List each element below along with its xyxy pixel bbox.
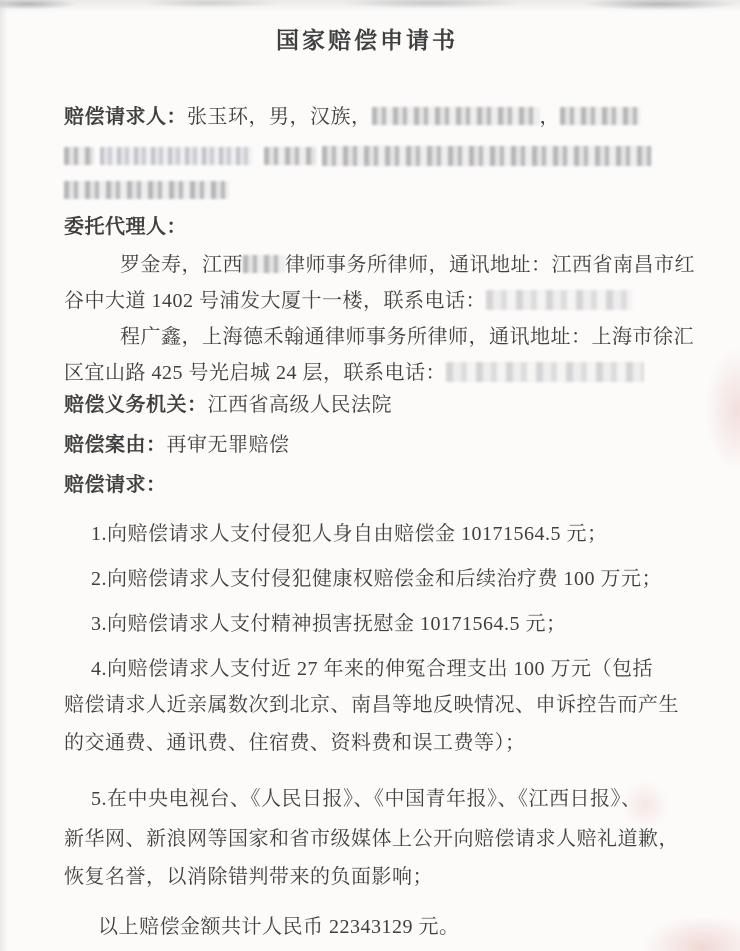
agent2-line-1: 程广鑫，上海德禾翰通律师事务所律师，通讯地址：上海市徐汇 (64, 319, 670, 355)
redacted-address-label (264, 147, 316, 165)
redacted-id-prefix (64, 147, 94, 165)
request-item-4-text-2: 赔偿请求人近亲属数次到北京、南昌等地反映情况、申诉控告而产生 (64, 694, 679, 716)
claimant-comma: ， (540, 106, 561, 128)
request-item-4-text-3: 的交通费、通讯费、住宿费、资料费和误工费等）； (64, 732, 526, 754)
agents-heading-label: 委托代理人： (64, 216, 187, 238)
organ-line: 赔偿义务机关：江西省高级人民法院 (64, 387, 670, 423)
redacted-agent2-phone (446, 362, 644, 382)
request-item-1: 1.向赔偿请求人支付侵犯人身自由赔偿金 10171564.5 元； (64, 516, 670, 552)
organ-label: 赔偿义务机关： (64, 394, 208, 416)
request-heading-line: 赔偿请求： (64, 467, 670, 503)
cause-line: 赔偿案由：再审无罪赔偿 (64, 427, 670, 463)
agents-heading-line: 委托代理人： (64, 209, 670, 245)
scan-artifact-left-edge (0, 0, 8, 951)
request-item-3-text: 3.向赔偿请求人支付精神损害抚慰金 10171564.5 元； (91, 613, 567, 635)
agent2-name-firm: 程广鑫，上海德禾翰通律师事务所律师，通讯地址：上海市徐汇 (120, 326, 694, 348)
agent1-line-2: 谷中大道 1402 号浦发大厦十一楼，联系电话： (64, 283, 670, 319)
claimant-label: 赔偿请求人： (64, 106, 187, 128)
request-item-5-line-3: 恢复名誉，以消除错判带来的负面影响； (64, 859, 670, 895)
document-title: 国家赔偿申请书 (64, 0, 670, 56)
request-item-5-text-2: 新华网、新浪网等国家和省市级媒体上公开向赔偿请求人赔礼道歉， (64, 828, 679, 850)
agent1-address-phone-label: 谷中大道 1402 号浦发大厦十一楼，联系电话： (64, 290, 486, 312)
request-item-2-text: 2.向赔偿请求人支付侵犯健康权赔偿金和后续治疗费 100 万元； (91, 568, 662, 590)
organ-value: 江西省高级人民法院 (208, 394, 393, 416)
agent1-firm-address: 律师事务所律师，通讯地址：江西省南昌市红 (285, 254, 695, 276)
request-item-4-text-1: 4.向赔偿请求人支付近 27 年来的伸冤合理支出 100 万元（包括 (91, 658, 653, 680)
request-item-3: 3.向赔偿请求人支付精神损害抚慰金 10171564.5 元； (64, 606, 670, 642)
request-item-4-line-3: 的交通费、通讯费、住宿费、资料费和误工费等）； (64, 725, 670, 761)
request-heading-label: 赔偿请求： (64, 474, 167, 496)
request-item-5-line-2: 新华网、新浪网等国家和省市级媒体上公开向赔偿请求人赔礼道歉， (64, 821, 670, 857)
claimant-line-2 (64, 139, 670, 175)
agent1-line-1: 罗金寿，江西律师事务所律师，通讯地址：江西省南昌市红 (64, 247, 670, 283)
redacted-id-card-label (560, 107, 640, 125)
document-page: 国家赔偿申请书 赔偿请求人：张玉环，男，汉族，， 委托代理人： 罗金寿，江西律师… (0, 0, 740, 951)
redacted-address-continued (64, 181, 229, 199)
request-item-1-text: 1.向赔偿请求人支付侵犯人身自由赔偿金 10171564.5 元； (91, 523, 608, 545)
claimant-name-info: 张玉环，男，汉族， (187, 106, 372, 128)
redacted-birth-info (372, 107, 540, 125)
request-item-5-text-1: 5.在中央电视台、《人民日报》、《中国青年报》、《江西日报》、 (91, 788, 642, 810)
redacted-id-number (100, 147, 252, 165)
total-amount-text: 以上赔偿金额共计人民币 22343129 元。 (98, 916, 460, 938)
redacted-address (322, 146, 652, 166)
redacted-agent1-phone (486, 290, 632, 310)
cause-label: 赔偿案由： (64, 434, 167, 456)
total-amount-line: 以上赔偿金额共计人民币 22343129 元。 (64, 909, 670, 945)
request-item-4-line-2: 赔偿请求人近亲属数次到北京、南昌等地反映情况、申诉控告而产生 (64, 687, 670, 723)
request-item-2: 2.向赔偿请求人支付侵犯健康权赔偿金和后续治疗费 100 万元； (64, 561, 670, 597)
cause-value: 再审无罪赔偿 (167, 434, 290, 456)
request-item-4-line-1: 4.向赔偿请求人支付近 27 年来的伸冤合理支出 100 万元（包括 (64, 651, 670, 687)
claimant-line-3 (64, 173, 670, 209)
agent2-line-2: 区宜山路 425 号光启城 24 层，联系电话： (64, 355, 670, 391)
agent1-name-firm-prefix: 罗金寿，江西 (120, 254, 243, 276)
redacted-firm-name (243, 255, 285, 273)
claimant-line-1: 赔偿请求人：张玉环，男，汉族，， (64, 99, 670, 135)
agent2-address-phone-label: 区宜山路 425 号光启城 24 层，联系电话： (64, 362, 446, 384)
request-item-5-line-1: 5.在中央电视台、《人民日报》、《中国青年报》、《江西日报》、 (64, 781, 670, 817)
request-item-5-text-3: 恢复名誉，以消除错判带来的负面影响； (64, 866, 433, 888)
